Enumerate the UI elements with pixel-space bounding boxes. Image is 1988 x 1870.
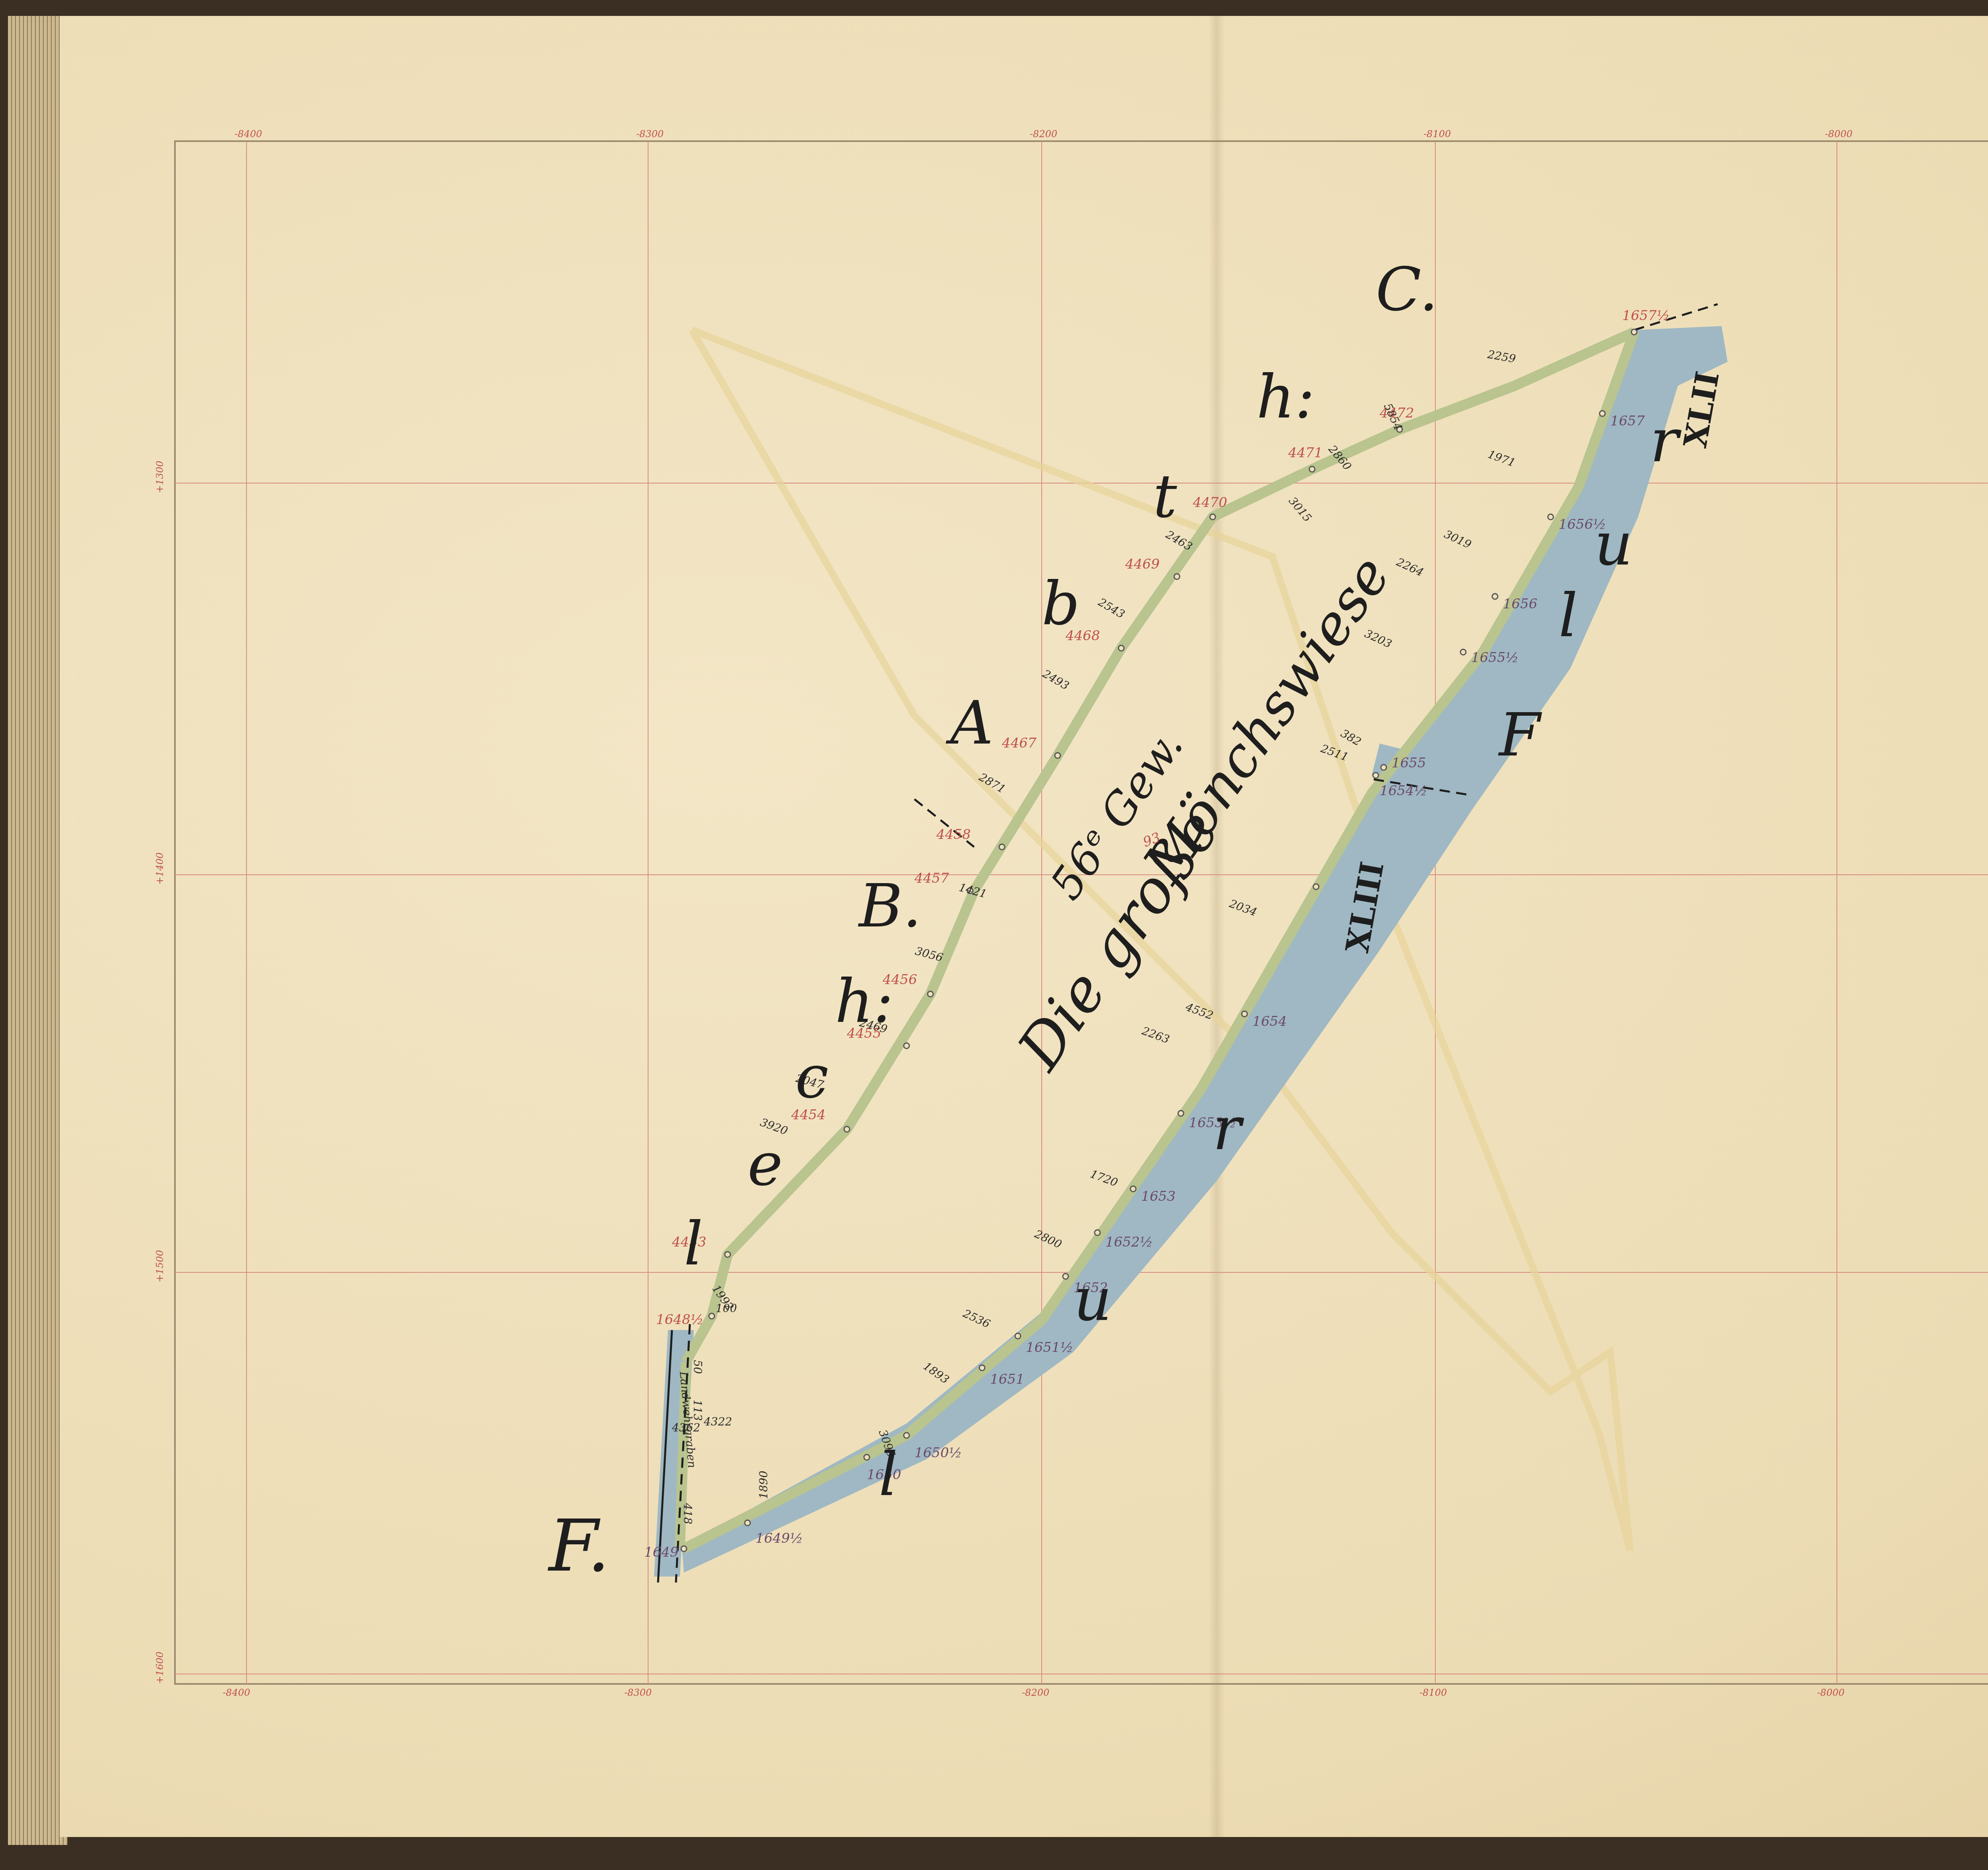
svg-text:c: c [795,1043,829,1112]
svg-text:1649½: 1649½ [755,1530,803,1546]
grid-labels-top: -8400 -8300 -8200 -8100 -8000 [235,128,1852,140]
svg-text:u: u [1074,1265,1112,1334]
map-canvas: -8400 -8300 -8200 -8100 -8000 -8400 -830… [0,0,1988,1870]
svg-text:1651: 1651 [990,1371,1025,1387]
svg-text:1656: 1656 [1503,596,1538,612]
svg-text:50: 50 [691,1360,704,1374]
svg-text:1655½: 1655½ [1471,650,1518,666]
svg-text:2536: 2536 [961,1307,992,1330]
svg-text:C.: C. [1376,255,1438,324]
svg-text:+1300: +1300 [154,461,165,493]
svg-text:2259: 2259 [1486,348,1517,365]
svg-text:4469: 4469 [1125,556,1160,572]
svg-text:4470: 4470 [1192,495,1227,511]
svg-text:1657½: 1657½ [1622,308,1670,324]
lower-point-labels: 1649 1649½ 1650 1650½ 1651 1651½ 1652 16… [644,413,1645,1560]
svg-text:A: A [945,689,993,758]
svg-text:t: t [1153,462,1177,531]
svg-text:l: l [684,1210,703,1279]
svg-text:1655: 1655 [1392,755,1426,771]
svg-text:+1500: +1500 [154,1250,165,1282]
svg-text:3056: 3056 [914,944,944,964]
svg-text:1720: 1720 [1089,1167,1120,1189]
svg-text:418: 418 [681,1503,694,1524]
svg-text:-8100: -8100 [1423,128,1451,140]
svg-text:-8400: -8400 [235,128,262,140]
svg-text:1893: 1893 [921,1359,951,1386]
svg-text:u: u [1594,510,1633,579]
svg-text:4322: 4322 [703,1415,732,1428]
svg-text:2800: 2800 [1032,1227,1064,1251]
svg-text:2543: 2543 [1096,595,1127,621]
svg-text:h:: h: [1256,363,1315,432]
grid-labels-bottom: -8400 -8300 -8200 -8100 -8000 [223,1687,1844,1698]
svg-text:r: r [1213,1094,1244,1163]
svg-text:-8000: -8000 [1817,1687,1844,1698]
river-channel [682,326,1728,1573]
svg-text:2264: 2264 [1394,555,1425,579]
svg-text:4458: 4458 [936,827,971,843]
svg-text:b: b [1042,569,1080,639]
svg-text:-8300: -8300 [624,1687,652,1698]
svg-text:1654½: 1654½ [1380,783,1427,799]
svg-text:e: e [747,1130,783,1199]
svg-text:1890: 1890 [757,1471,770,1499]
svg-text:F: F [1498,701,1542,770]
svg-text:1648½: 1648½ [656,1312,703,1328]
svg-text:2493: 2493 [1040,667,1072,693]
svg-text:-8400: -8400 [223,1687,250,1698]
svg-text:3019: 3019 [1442,527,1474,551]
svg-text:4467: 4467 [1002,735,1037,751]
svg-text:B.: B. [858,872,922,941]
map-frame [175,141,1988,1684]
svg-text:1650½: 1650½ [914,1445,962,1461]
svg-text:2034: 2034 [1227,897,1259,919]
svg-text:-8100: -8100 [1419,1687,1447,1698]
svg-text:-8200: -8200 [1022,1687,1049,1698]
svg-text:1652½: 1652½ [1105,1234,1153,1250]
svg-text:r: r [1650,406,1682,476]
svg-text:l: l [1559,581,1578,651]
grid-labels-left: +1300 +1400 +1500 +1600 [154,461,165,1684]
corner-letter: F. [547,1505,610,1588]
svg-text:+1400: +1400 [154,852,165,885]
svg-text:1653: 1653 [1141,1188,1176,1204]
svg-text:3015: 3015 [1286,494,1314,524]
coordinate-grid [175,141,1988,1684]
svg-text:-8000: -8000 [1825,128,1852,140]
atlas-binding: -8400 -8300 -8200 -8100 -8000 -8400 -830… [0,0,1988,1870]
svg-text:1651½: 1651½ [1026,1340,1073,1355]
region-lettering-left: l e c h: B. A b t h: C. [684,255,1438,1279]
svg-text:-8200: -8200 [1030,128,1057,140]
svg-text:1971: 1971 [1486,448,1517,470]
svg-text:1657: 1657 [1610,413,1645,429]
svg-text:+1600: +1600 [154,1652,165,1684]
svg-text:382: 382 [1339,726,1364,748]
svg-text:2463: 2463 [1163,528,1195,553]
svg-text:h:: h: [835,967,893,1036]
svg-text:-8300: -8300 [636,128,664,140]
svg-text:l: l [879,1440,898,1509]
svg-text:1649: 1649 [644,1544,679,1560]
svg-text:4471: 4471 [1288,445,1323,461]
svg-text:1654: 1654 [1252,1014,1287,1029]
svg-text:2263: 2263 [1140,1024,1171,1046]
